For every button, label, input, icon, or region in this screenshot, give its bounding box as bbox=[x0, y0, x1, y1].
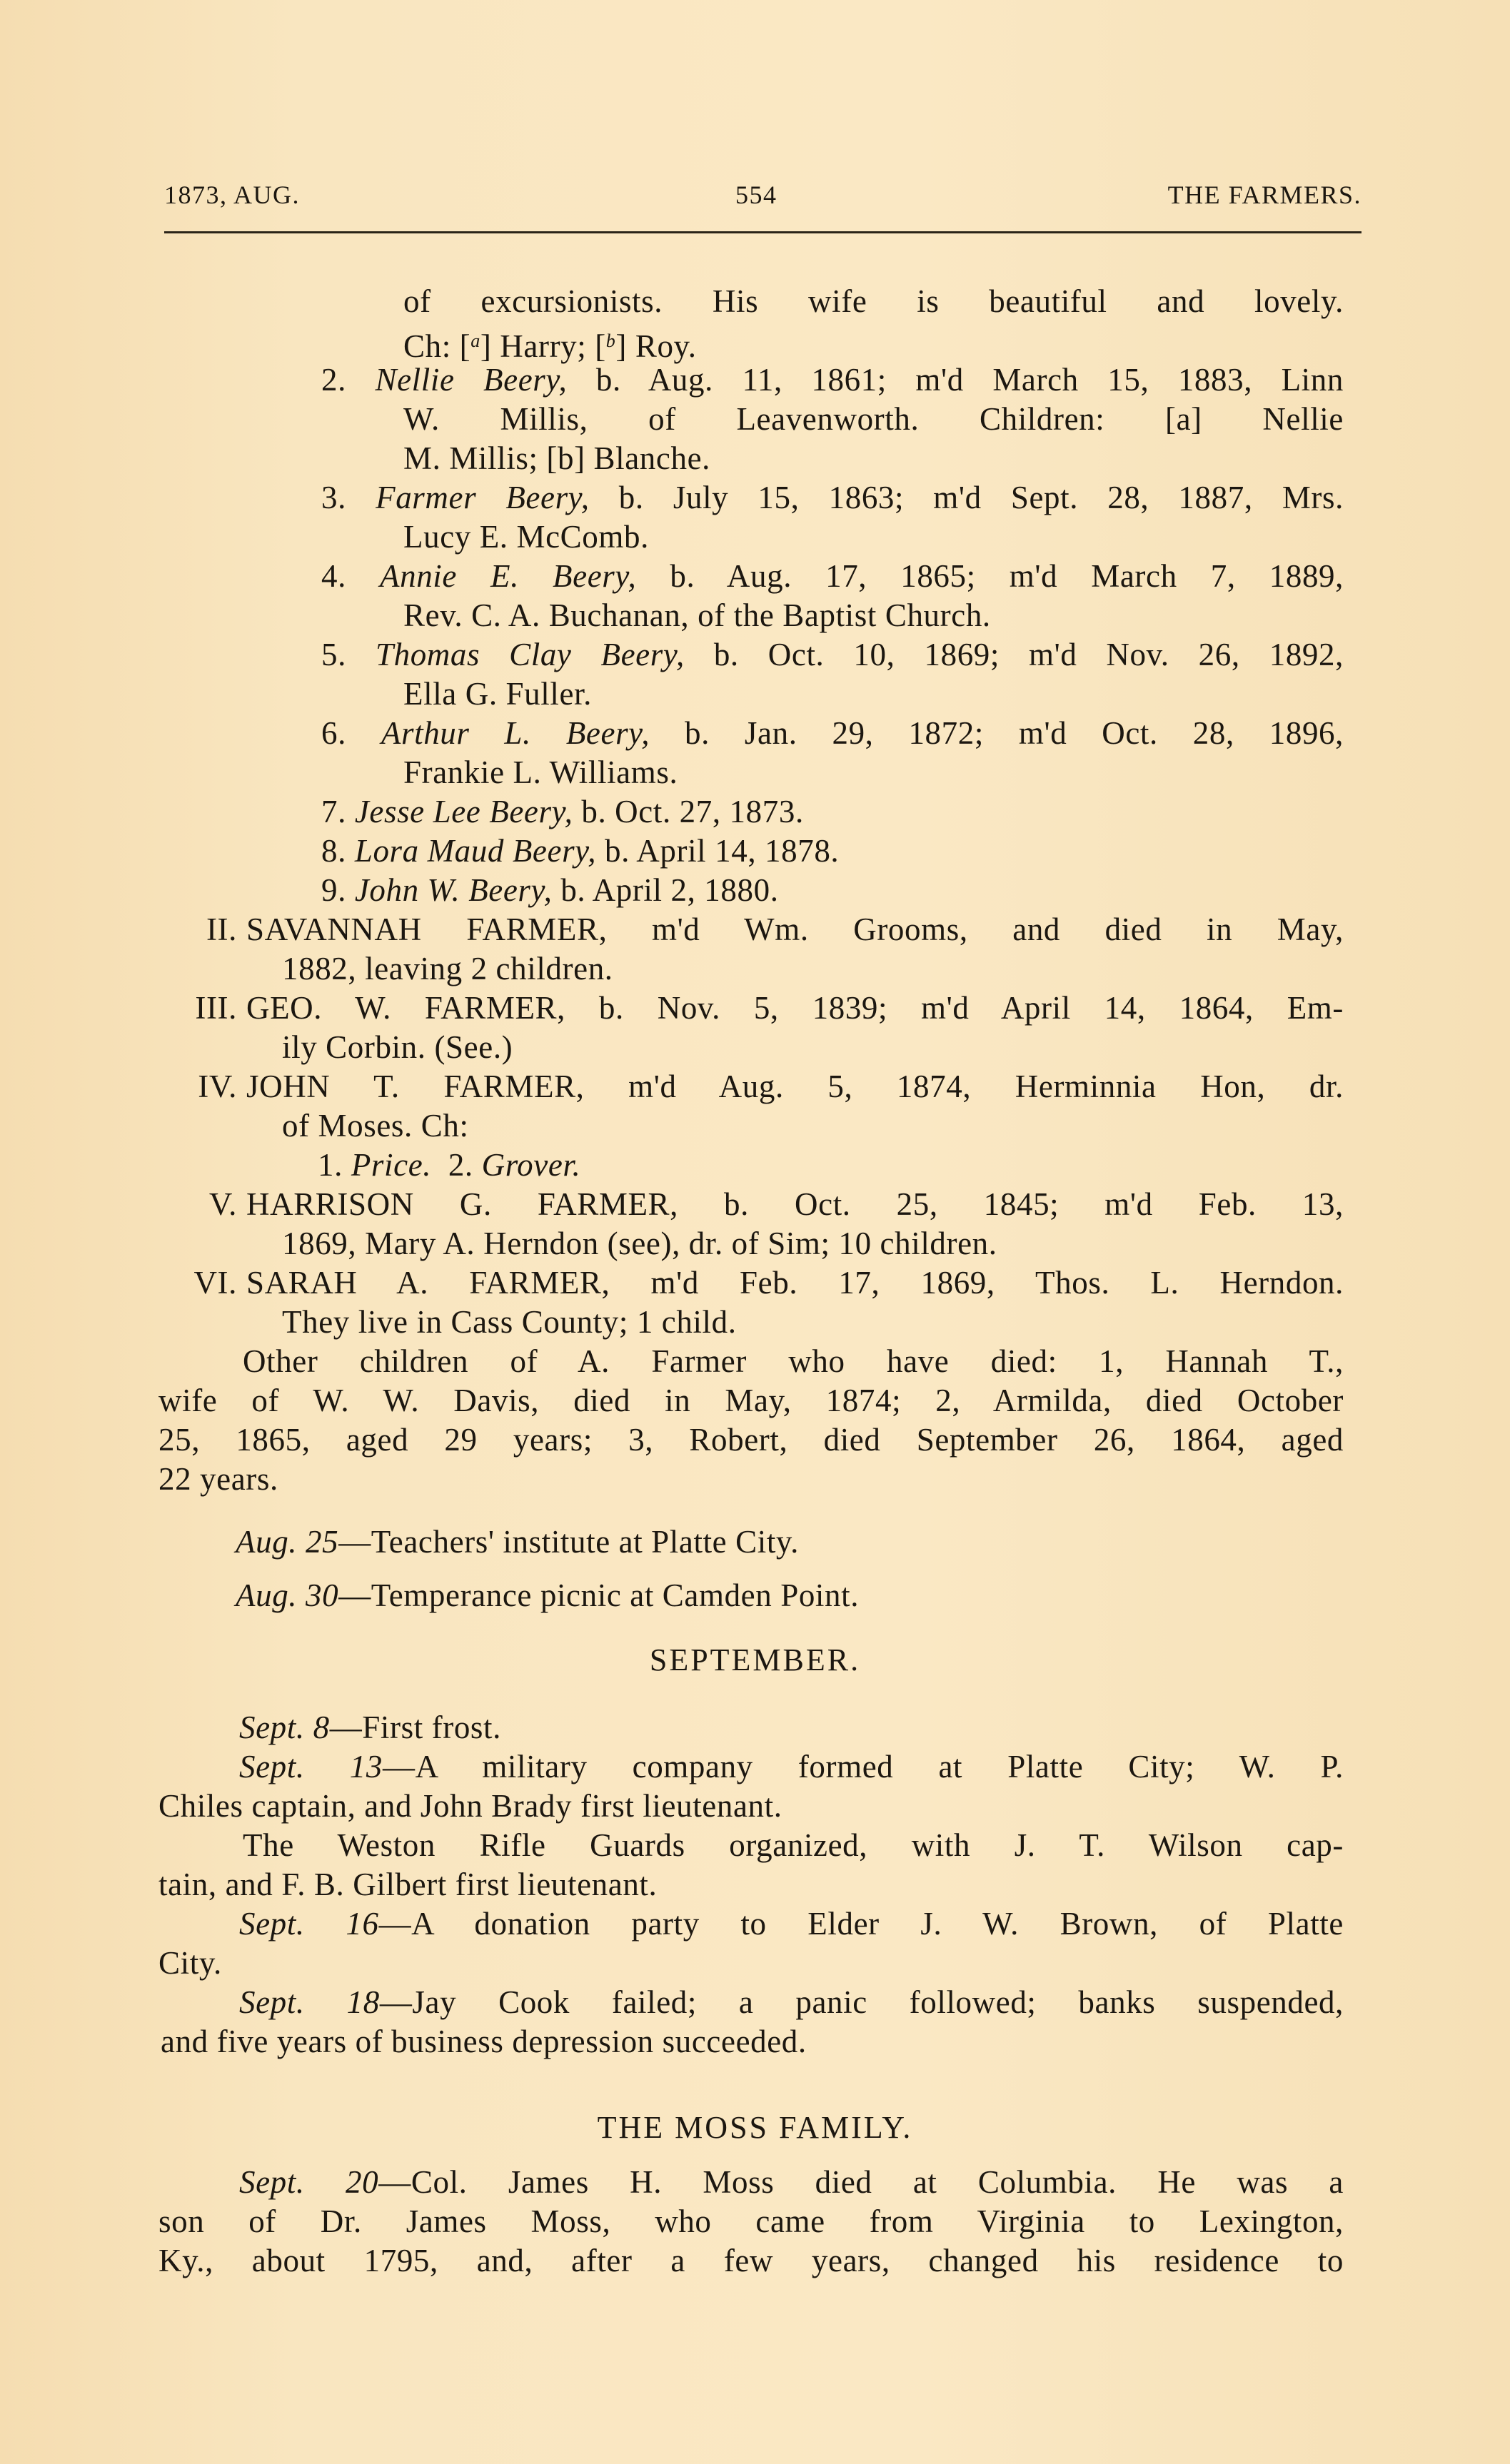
event-entry: Sept. 16—A donation party to Elder J. W.… bbox=[239, 1904, 1344, 1944]
text-line: and five years of business depression su… bbox=[161, 2022, 807, 2061]
text-line: Lucy E. McComb. bbox=[403, 517, 649, 557]
text-line: Ella G. Fuller. bbox=[403, 675, 592, 714]
section-heading-september: SEPTEMBER. bbox=[0, 1642, 1510, 1678]
text-line: City. bbox=[158, 1944, 222, 1983]
text-line: JOHN T. FARMER, m'd Aug. 5, 1874, Hermin… bbox=[246, 1067, 1344, 1106]
roman-numeral: II. bbox=[180, 910, 237, 949]
text-line: Ch: [a] Harry; [b] Roy. bbox=[403, 321, 697, 366]
text-line: 1882, leaving 2 children. bbox=[282, 949, 613, 989]
roman-numeral: VI. bbox=[166, 1263, 237, 1303]
text-line: W. Millis, of Leavenworth. Children: [a]… bbox=[403, 400, 1344, 439]
roman-numeral: IV. bbox=[166, 1067, 237, 1106]
list-item: 2. Nellie Beery, b. Aug. 11, 1861; m'd M… bbox=[321, 360, 1344, 400]
list-item: 5. Thomas Clay Beery, b. Oct. 10, 1869; … bbox=[321, 635, 1344, 675]
text-line: 22 years. bbox=[158, 1460, 278, 1499]
list-item: 8. Lora Maud Beery, b. April 14, 1878. bbox=[321, 832, 839, 871]
text-line: 1869, Mary A. Herndon (see), dr. of Sim;… bbox=[282, 1224, 997, 1263]
event-entry: Sept. 8—First frost. bbox=[239, 1708, 501, 1747]
list-item: 7. Jesse Lee Beery, b. Oct. 27, 1873. bbox=[321, 792, 804, 832]
section-heading-moss-family: THE MOSS FAMILY. bbox=[0, 2109, 1510, 2146]
header-date: 1873, AUG. bbox=[164, 180, 300, 210]
text-line: 25, 1865, aged 29 years; 3, Robert, died… bbox=[158, 1420, 1344, 1460]
roman-numeral: V. bbox=[180, 1185, 237, 1224]
text-line: Rev. C. A. Buchanan, of the Baptist Chur… bbox=[403, 596, 991, 635]
text-line: GEO. W. FARMER, b. Nov. 5, 1839; m'd Apr… bbox=[246, 989, 1344, 1028]
text-line: Other children of A. Farmer who have die… bbox=[243, 1342, 1344, 1381]
event-entry: Sept. 20—Col. James H. Moss died at Colu… bbox=[239, 2163, 1344, 2202]
text-line: The Weston Rifle Guards organized, with … bbox=[243, 1826, 1344, 1865]
text-line: of excursionists. His wife is beautiful … bbox=[403, 282, 1344, 321]
text-line: Chiles captain, and John Brady first lie… bbox=[158, 1787, 782, 1826]
roman-numeral: III. bbox=[158, 989, 237, 1028]
text-line: Frankie L. Williams. bbox=[403, 753, 678, 792]
event-entry: Sept. 13—A military company formed at Pl… bbox=[239, 1747, 1344, 1787]
list-item: 9. John W. Beery, b. April 2, 1880. bbox=[321, 871, 779, 910]
event-entry: Sept. 18—Jay Cook failed; a panic follow… bbox=[239, 1983, 1344, 2022]
text-line: They live in Cass County; 1 child. bbox=[282, 1303, 737, 1342]
page-number: 554 bbox=[735, 180, 777, 210]
text-line: tain, and F. B. Gilbert first lieutenant… bbox=[158, 1865, 657, 1904]
header-section-title: THE FARMERS. bbox=[1168, 180, 1361, 210]
text-line: M. Millis; [b] Blanche. bbox=[403, 439, 710, 478]
header-rule bbox=[164, 231, 1361, 233]
list-item: 3. Farmer Beery, b. July 15, 1863; m'd S… bbox=[321, 478, 1344, 517]
text-line: Ky., about 1795, and, after a few years,… bbox=[158, 2241, 1344, 2281]
text-line: SARAH A. FARMER, m'd Feb. 17, 1869, Thos… bbox=[246, 1263, 1344, 1303]
text-line: HARRISON G. FARMER, b. Oct. 25, 1845; m'… bbox=[246, 1185, 1344, 1224]
list-item: 6. Arthur L. Beery, b. Jan. 29, 1872; m'… bbox=[321, 714, 1344, 753]
text-line: son of Dr. James Moss, who came from Vir… bbox=[158, 2202, 1344, 2241]
list-item: 4. Annie E. Beery, b. Aug. 17, 1865; m'd… bbox=[321, 557, 1344, 596]
john-children-line: 1. Price. 2. Grover. bbox=[318, 1146, 580, 1185]
event-entry: Aug. 30—Temperance picnic at Camden Poin… bbox=[236, 1576, 859, 1615]
text-line: of Moses. Ch: bbox=[282, 1106, 469, 1146]
event-entry: Aug. 25—Teachers' institute at Platte Ci… bbox=[236, 1523, 799, 1562]
text-line: wife of W. W. Davis, died in May, 1874; … bbox=[158, 1381, 1344, 1420]
text-line: SAVANNAH FARMER, m'd Wm. Grooms, and die… bbox=[246, 910, 1344, 949]
running-header: 1873, AUG. 554 THE FARMERS. bbox=[164, 180, 1361, 216]
text-line: ily Corbin. (See.) bbox=[282, 1028, 513, 1067]
